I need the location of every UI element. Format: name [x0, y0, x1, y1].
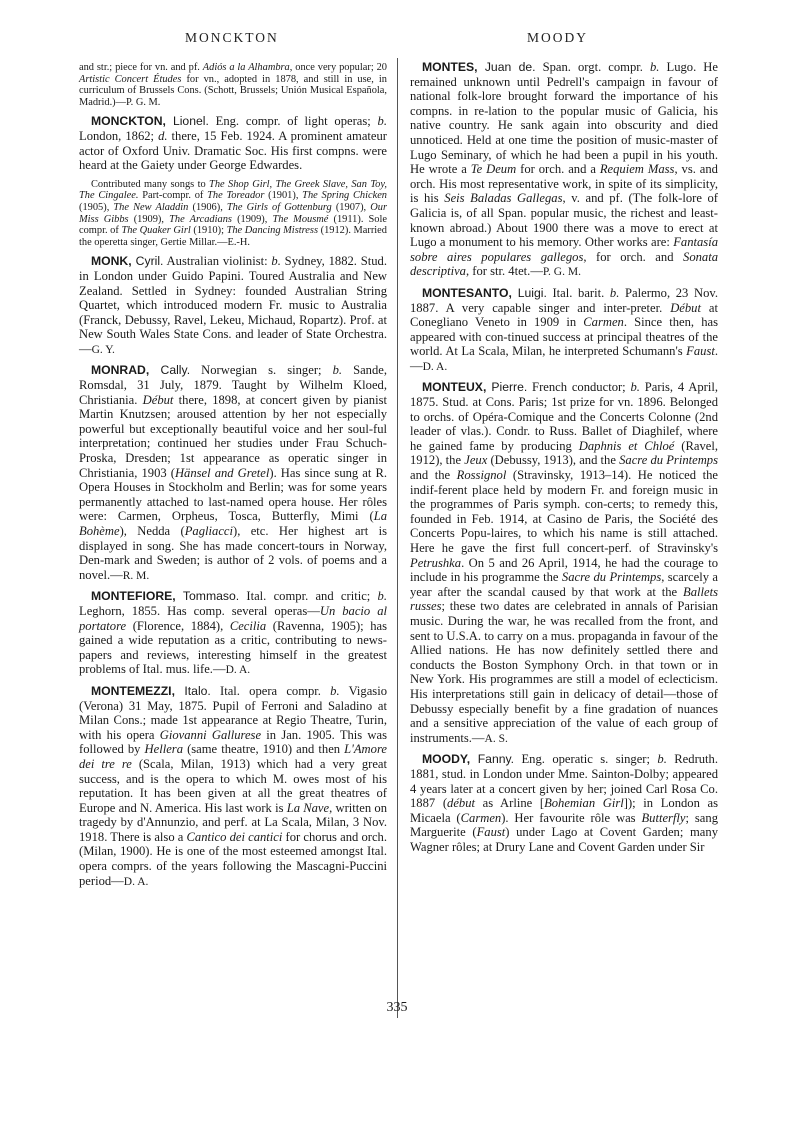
headword: MONRAD, — [91, 363, 149, 377]
entry-text: Eng. operatic s. singer; — [514, 752, 657, 766]
entry-note-monckton: Contributed many songs to The Shop Girl,… — [79, 179, 387, 249]
italic-title: The Quaker Girl — [121, 225, 190, 236]
italic-title: b. — [378, 114, 387, 128]
headword: MOODY, — [422, 752, 470, 766]
entry-text: , once very popular; 20 — [290, 62, 387, 73]
contributor-signature: R. M. — [123, 570, 150, 582]
headword: MONTEFIORE, — [91, 589, 176, 603]
italic-title: The New Aladdin — [113, 202, 188, 213]
given-name: Fanny. — [470, 752, 514, 766]
contributor-signature: D. A. — [423, 361, 448, 373]
entry-text: Australian violinist: — [163, 254, 271, 268]
italic-title: Petrushka — [410, 556, 461, 570]
italic-title: Adiós a la Alhambra — [203, 62, 290, 73]
entry-monckton: MONCKTON, Lionel. Eng. compr. of light o… — [79, 114, 387, 172]
italic-title: Te Deum — [471, 162, 516, 176]
italic-title: d. — [158, 129, 167, 143]
italic-title: Rossignol — [457, 468, 507, 482]
headword: MONTES, — [422, 60, 478, 74]
italic-title: Hellera — [145, 742, 183, 756]
italic-title: Requiem Mass — [600, 162, 675, 176]
entry-text: , for str. 4tet.— — [466, 264, 543, 278]
headword: MONTESANTO, — [422, 286, 512, 300]
italic-title: The Dancing Mistress — [227, 225, 318, 236]
entry-monk: MONK, Cyril. Australian violinist: b. Sy… — [79, 254, 387, 357]
running-head-left: MONCKTON — [185, 30, 279, 46]
entry-moody: MOODY, Fanny. Eng. operatic s. singer; b… — [410, 752, 718, 854]
entry-text: Ital. opera compr. — [211, 684, 330, 698]
given-name: Pierre. — [486, 380, 527, 394]
given-name: Cally. — [149, 363, 190, 377]
headword: MONCKTON, — [91, 114, 166, 128]
italic-title: b. — [333, 363, 342, 377]
entry-text: Lugo. He remained unknown until Pedrell'… — [410, 60, 718, 176]
headword: MONK, — [91, 254, 132, 268]
right-column: MONTES, Juan de. Span. orgt. compr. b. L… — [410, 60, 718, 860]
entry-text: Ital. compr. and critic; — [239, 589, 377, 603]
italic-title: b. — [330, 684, 339, 698]
italic-title: Butterfly — [641, 811, 685, 825]
entry-text: (1907), — [332, 202, 371, 213]
entry-text: London, 1862; — [79, 129, 158, 143]
entry-text: Part-compr. of — [138, 190, 207, 201]
italic-title: The Girls of Gottenburg — [227, 202, 332, 213]
italic-title: Cecilia — [230, 619, 266, 633]
entry-text: (1906), — [188, 202, 227, 213]
italic-title: début — [447, 796, 475, 810]
given-name: Cyril. — [132, 254, 164, 268]
italic-title: Artistic Concert Études — [79, 74, 181, 85]
contributor-signature: D. A. — [124, 876, 149, 888]
entry-text: as Arline [ — [475, 796, 544, 810]
given-name: Juan de. — [478, 60, 536, 74]
entry-text: (Florence, 1884), — [126, 619, 230, 633]
italic-title: Faust — [477, 825, 506, 839]
column-divider — [397, 58, 398, 1018]
italic-title: The Arcadians — [169, 214, 232, 225]
given-name: Italo. — [175, 684, 211, 698]
contributor-signature: G. Y. — [92, 344, 115, 356]
entry-text: (Debussy, 1913), and the — [487, 453, 619, 467]
entry-montes: MONTES, Juan de. Span. orgt. compr. b. L… — [410, 60, 718, 280]
italic-title: The Mousmé — [272, 214, 328, 225]
italic-title: b. — [271, 254, 280, 268]
italic-title: Giovanni Gallurese — [160, 728, 261, 742]
headword: MONTEUX, — [422, 380, 486, 394]
entry-montemezzi: MONTEMEZZI, Italo. Ital. opera compr. b.… — [79, 684, 387, 889]
entry-text: Contributed many songs to — [91, 179, 209, 190]
entry-monteux: MONTEUX, Pierre. French conductor; b. Pa… — [410, 380, 718, 746]
italic-title: Sacre du Printemps — [619, 453, 718, 467]
entry-text: Eng. compr. of light operas; — [209, 114, 378, 128]
entry-text: Span. orgt. compr. — [536, 60, 650, 74]
italic-title: Carmen — [461, 811, 502, 825]
given-name: Tommaso. — [176, 589, 240, 603]
entry-text: (same theatre, 1910) and then — [183, 742, 344, 756]
entry-text: ). Her favourite rôle was — [501, 811, 641, 825]
entry-text: (1910); — [191, 225, 227, 236]
italic-title: Cantico dei cantici — [187, 830, 283, 844]
italic-title: Bohemian Girl — [544, 796, 624, 810]
entry-montefiore: MONTEFIORE, Tommaso. Ital. compr. and cr… — [79, 589, 387, 678]
italic-title: Faust — [686, 344, 715, 358]
italic-title: Jeux — [464, 453, 487, 467]
italic-title: b. — [657, 752, 666, 766]
italic-title: The Toreador — [207, 190, 264, 201]
entry-text: French conductor; — [527, 380, 630, 394]
given-name: Luigi. — [512, 286, 547, 300]
entry-continuation: and str.; piece for vn. and pf. Adiós a … — [79, 62, 387, 108]
italic-title: b. — [630, 380, 639, 394]
entry-text: Norwegian s. singer; — [190, 363, 332, 377]
italic-title: b. — [610, 286, 619, 300]
entry-text: Sydney, 1882. Stud. in London under Guid… — [79, 254, 387, 356]
entry-text: (1901), — [264, 190, 302, 201]
italic-title: Seis Baladas Gallegas — [444, 191, 562, 205]
italic-title: b. — [378, 589, 387, 603]
italic-title: The Spring Chicken — [302, 190, 387, 201]
contributor-signature: A. S. — [485, 733, 508, 745]
entry-text: Leghorn, 1855. Has comp. several operas— — [79, 604, 320, 618]
entry-text: ), Nedda ( — [120, 524, 185, 538]
contributor-signature: P. G. M. — [543, 266, 581, 278]
entry-text: for orch. and a — [516, 162, 600, 176]
given-name: Lionel. — [166, 114, 209, 128]
entry-text: (1909), — [232, 214, 273, 225]
running-head-right: MOODY — [527, 30, 588, 46]
entry-text: Ital. barit. — [547, 286, 610, 300]
headword: MONTEMEZZI, — [91, 684, 175, 698]
entry-text: and the — [410, 468, 457, 482]
entry-text: (1905), — [79, 202, 113, 213]
italic-title: Hänsel and Gretel — [175, 466, 269, 480]
italic-title: Carmen — [583, 315, 624, 329]
contributor-signature: D. A. — [226, 664, 251, 676]
page-number: 335 — [0, 1000, 794, 1016]
entry-montesanto: MONTESANTO, Luigi. Ital. barit. b. Paler… — [410, 286, 718, 375]
entry-monrad: MONRAD, Cally. Norwegian s. singer; b. S… — [79, 363, 387, 583]
italic-title: Début — [670, 301, 701, 315]
italic-title: La Nave — [287, 801, 329, 815]
entry-text: , for orch. and — [583, 250, 683, 264]
entry-text: ; these two dates are celebrated in anna… — [410, 599, 718, 744]
entry-text: (1909), — [129, 214, 170, 225]
italic-title: Daphnis et Chloé — [579, 439, 675, 453]
italic-title: Sacre du Printemps — [562, 570, 661, 584]
entry-text: and str.; piece for vn. and pf. — [79, 62, 203, 73]
italic-title: Pagliacci — [185, 524, 233, 538]
left-column: and str.; piece for vn. and pf. Adiós a … — [79, 60, 387, 895]
italic-title: Début — [143, 393, 174, 407]
